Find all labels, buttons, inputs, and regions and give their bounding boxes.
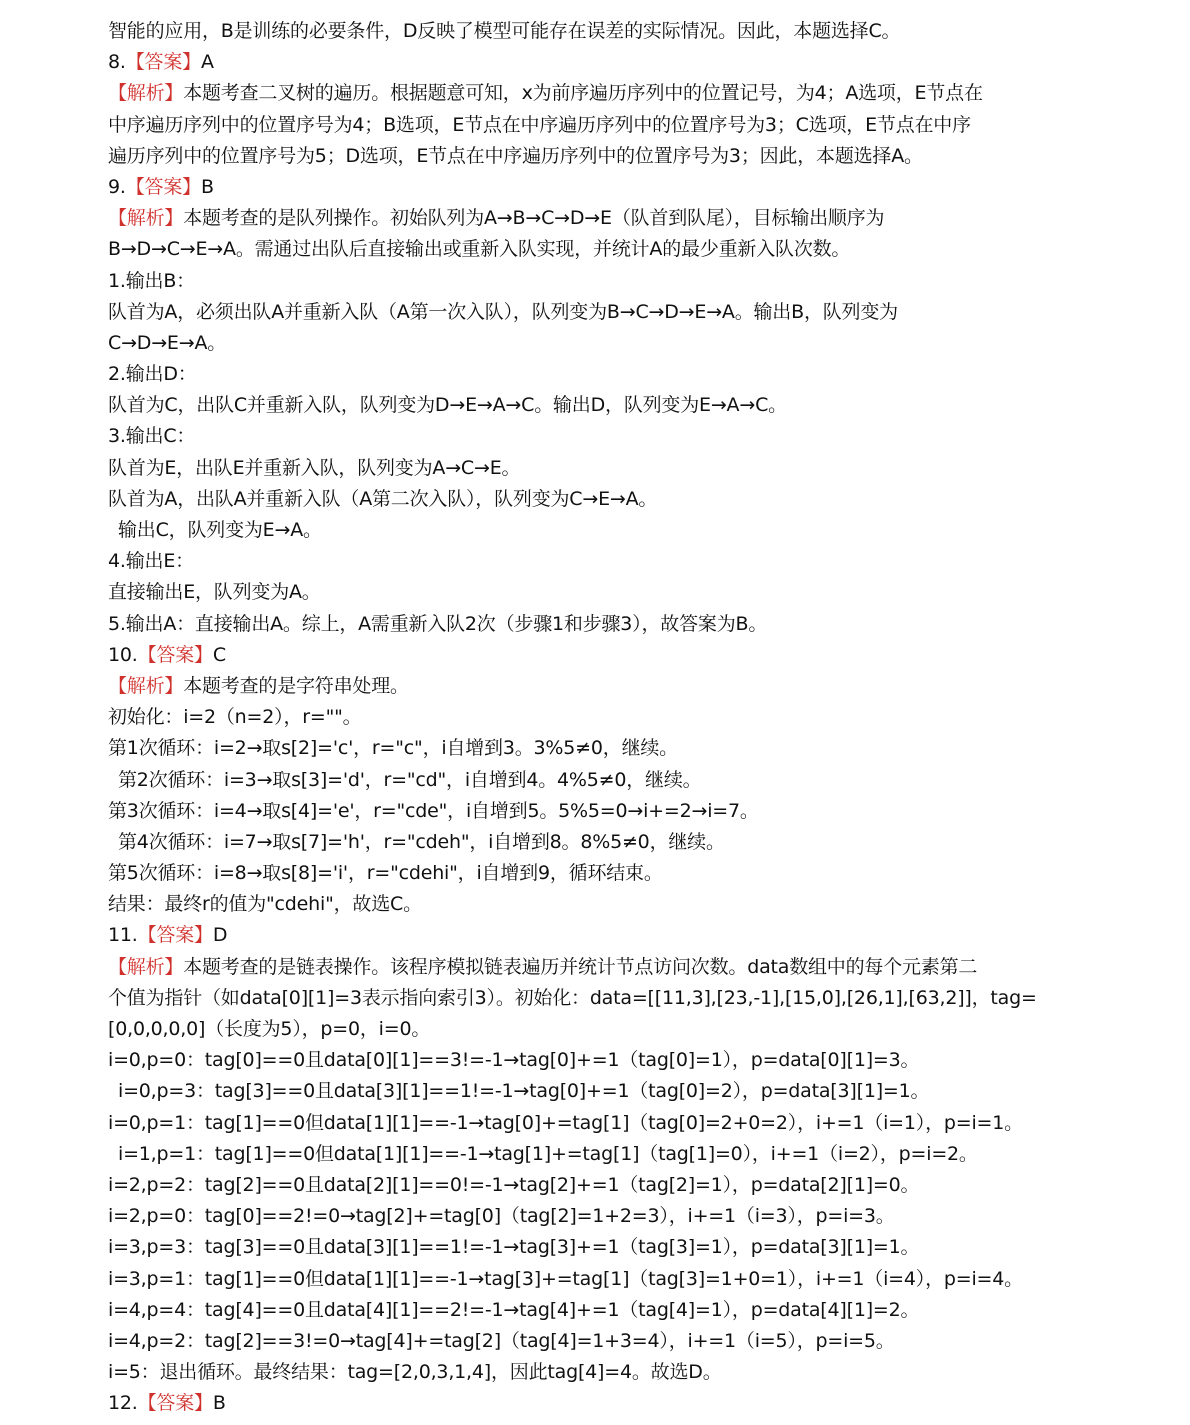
analysis-line: 【解析】本题考查的是字符串处理。 bbox=[108, 671, 1108, 702]
text-line: 第1次循环：i=2→取s[2]='c'，r="c"，i自增到3。3%5≠0，继续… bbox=[108, 733, 1108, 764]
question-number: 8. bbox=[108, 51, 126, 73]
line-text: 直接输出E，队列变为A。 bbox=[108, 581, 321, 603]
answer-value: C bbox=[213, 644, 226, 666]
text-line: 遍历序列中的位置序号为5；D选项，E节点在中序遍历序列中的位置序号为3；因此，本… bbox=[108, 141, 1108, 172]
line-text: 队首为E，出队E并重新入队，队列变为A→C→E。 bbox=[108, 457, 520, 479]
text-line: 直接输出E，队列变为A。 bbox=[108, 577, 1108, 608]
text-line: 3.输出C： bbox=[108, 421, 1108, 452]
text-line: i=0,p=1：tag[1]==0但data[1][1]==-1→tag[0]+… bbox=[108, 1108, 1108, 1139]
line-text: B→D→C→E→A。需通过出队后直接输出或重新入队实现，并统计A的最少重新入队次… bbox=[108, 238, 850, 260]
line-text: 智能的应用，B是训练的必要条件，D反映了模型可能存在误差的实际情况。因此，本题选… bbox=[108, 20, 900, 42]
text-line: i=0,p=3：tag[3]==0且data[3][1]==1!=-1→tag[… bbox=[108, 1076, 1108, 1107]
text-line: 第4次循环：i=7→取s[7]='h'，r="cdeh"，i自增到8。8%5≠0… bbox=[108, 827, 1108, 858]
line-text: 中序遍历序列中的位置序号为4；B选项，E节点在中序遍历序列中的位置序号为3；C选… bbox=[108, 114, 971, 136]
text-line: 初始化：i=2（n=2），r=""。 bbox=[108, 702, 1108, 733]
line-text: 第5次循环：i=8→取s[8]='i'，r="cdehi"，i自增到9，循环结束… bbox=[108, 862, 663, 884]
analysis-text: 本题考查的是链表操作。该程序模拟链表遍历并统计节点访问次数。data数组中的每个… bbox=[183, 956, 977, 978]
line-text: 1.输出B： bbox=[108, 270, 195, 292]
line-text: 遍历序列中的位置序号为5；D选项，E节点在中序遍历序列中的位置序号为3；因此，本… bbox=[108, 145, 923, 167]
line-text: 队首为A，出队A并重新入队（A第二次入队），队列变为C→E→A。 bbox=[108, 488, 657, 510]
answer-value: D bbox=[213, 924, 227, 946]
question-number: 12. bbox=[108, 1392, 138, 1414]
text-line: 第3次循环：i=4→取s[4]='e'，r="cde"，i自增到5。5%5=0→… bbox=[108, 796, 1108, 827]
line-text: i=1,p=1：tag[1]==0但data[1][1]==-1→tag[1]+… bbox=[118, 1143, 978, 1165]
analysis-label: 【解析】 bbox=[108, 675, 183, 697]
answer-label: 【答案】 bbox=[138, 924, 213, 946]
text-line: 输出C，队列变为E→A。 bbox=[108, 515, 1108, 546]
answer-value: A bbox=[201, 51, 214, 73]
answer-line: 8.【答案】A bbox=[108, 47, 1108, 78]
line-text: 结果：最终r的值为"cdehi"，故选C。 bbox=[108, 893, 422, 915]
answer-value: B bbox=[213, 1392, 226, 1414]
text-line: 队首为E，出队E并重新入队，队列变为A→C→E。 bbox=[108, 453, 1108, 484]
answer-value: B bbox=[201, 176, 214, 198]
line-text: i=2,p=0：tag[0]==2!=0→tag[2]+=tag[0]（tag[… bbox=[108, 1205, 895, 1227]
question-number: 11. bbox=[108, 924, 138, 946]
line-text: i=4,p=4：tag[4]==0且data[4][1]==2!=-1→tag[… bbox=[108, 1299, 919, 1321]
analysis-text: 本题考查的是队列操作。初始队列为A→B→C→D→E（队首到队尾），目标输出顺序为 bbox=[183, 207, 884, 229]
text-line: 5.输出A：直接输出A。综上，A需重新入队2次（步骤1和步骤3），故答案为B。 bbox=[108, 609, 1108, 640]
line-text: i=0,p=1：tag[1]==0但data[1][1]==-1→tag[0]+… bbox=[108, 1112, 1023, 1134]
answer-line: 12.【答案】B bbox=[108, 1388, 1108, 1419]
text-line: C→D→E→A。 bbox=[108, 328, 1108, 359]
text-line: 智能的应用，B是训练的必要条件，D反映了模型可能存在误差的实际情况。因此，本题选… bbox=[108, 16, 1108, 47]
line-text: [0,0,0,0,0]（长度为5），p=0，i=0。 bbox=[108, 1018, 430, 1040]
answer-line: 9.【答案】B bbox=[108, 172, 1108, 203]
text-line: 第2次循环：i=3→取s[3]='d'，r="cd"，i自增到4。4%5≠0，继… bbox=[108, 765, 1108, 796]
text-line: 队首为A，必须出队A并重新入队（A第一次入队），队列变为B→C→D→E→A。输出… bbox=[108, 297, 1108, 328]
question-number: 10. bbox=[108, 644, 138, 666]
analysis-line: 【解析】本题考查的是队列操作。初始队列为A→B→C→D→E（队首到队尾），目标输… bbox=[108, 203, 1108, 234]
line-text: 第4次循环：i=7→取s[7]='h'，r="cdeh"，i自增到8。8%5≠0… bbox=[118, 831, 725, 853]
text-line: [0,0,0,0,0]（长度为5），p=0，i=0。 bbox=[108, 1014, 1108, 1045]
text-line: i=5：退出循环。最终结果：tag=[2,0,3,1,4]，因此tag[4]=4… bbox=[108, 1357, 1108, 1388]
text-line: i=3,p=3：tag[3]==0且data[3][1]==1!=-1→tag[… bbox=[108, 1232, 1108, 1263]
text-line: i=0,p=0：tag[0]==0且data[0][1]==3!=-1→tag[… bbox=[108, 1045, 1108, 1076]
text-line: 2.输出D： bbox=[108, 359, 1108, 390]
analysis-label: 【解析】 bbox=[108, 207, 183, 229]
analysis-line: 【解析】本题考查的是链表操作。该程序模拟链表遍历并统计节点访问次数。data数组… bbox=[108, 952, 1108, 983]
answer-label: 【答案】 bbox=[126, 51, 201, 73]
answer-explanation-document: 智能的应用，B是训练的必要条件，D反映了模型可能存在误差的实际情况。因此，本题选… bbox=[108, 16, 1108, 1419]
line-text: 第1次循环：i=2→取s[2]='c'，r="c"，i自增到3。3%5≠0，继续… bbox=[108, 737, 678, 759]
line-text: 5.输出A：直接输出A。综上，A需重新入队2次（步骤1和步骤3），故答案为B。 bbox=[108, 613, 767, 635]
text-line: i=2,p=2：tag[2]==0且data[2][1]==0!=-1→tag[… bbox=[108, 1170, 1108, 1201]
line-text: 队首为C，出队C并重新入队，队列变为D→E→A→C。输出D，队列变为E→A→C。 bbox=[108, 394, 787, 416]
answer-line: 10.【答案】C bbox=[108, 640, 1108, 671]
text-line: 中序遍历序列中的位置序号为4；B选项，E节点在中序遍历序列中的位置序号为3；C选… bbox=[108, 110, 1108, 141]
line-text: i=4,p=2：tag[2]==3!=0→tag[4]+=tag[2]（tag[… bbox=[108, 1330, 895, 1352]
text-line: 1.输出B： bbox=[108, 266, 1108, 297]
text-line: 个值为指针（如data[0][1]=3表示指向索引3）。初始化：data=[[1… bbox=[108, 983, 1108, 1014]
line-text: i=3,p=1：tag[1]==0但data[1][1]==-1→tag[3]+… bbox=[108, 1268, 1023, 1290]
line-text: i=0,p=0：tag[0]==0且data[0][1]==3!=-1→tag[… bbox=[108, 1049, 919, 1071]
text-line: 队首为A，出队A并重新入队（A第二次入队），队列变为C→E→A。 bbox=[108, 484, 1108, 515]
answer-label: 【答案】 bbox=[126, 176, 201, 198]
question-number: 9. bbox=[108, 176, 126, 198]
line-text: i=0,p=3：tag[3]==0且data[3][1]==1!=-1→tag[… bbox=[118, 1080, 929, 1102]
answer-line: 11.【答案】D bbox=[108, 920, 1108, 951]
line-text: C→D→E→A。 bbox=[108, 332, 226, 354]
analysis-text: 本题考查二叉树的遍历。根据题意可知，x为前序遍历序列中的位置记号，为4；A选项，… bbox=[183, 82, 983, 104]
text-line: i=2,p=0：tag[0]==2!=0→tag[2]+=tag[0]（tag[… bbox=[108, 1201, 1108, 1232]
line-text: i=3,p=3：tag[3]==0且data[3][1]==1!=-1→tag[… bbox=[108, 1236, 919, 1258]
analysis-line: 【解析】本题考查二叉树的遍历。根据题意可知，x为前序遍历序列中的位置记号，为4；… bbox=[108, 78, 1108, 109]
answer-label: 【答案】 bbox=[138, 644, 213, 666]
line-text: i=5：退出循环。最终结果：tag=[2,0,3,1,4]，因此tag[4]=4… bbox=[108, 1361, 722, 1383]
analysis-label: 【解析】 bbox=[108, 82, 183, 104]
line-text: 初始化：i=2（n=2），r=""。 bbox=[108, 706, 361, 728]
text-line: i=1,p=1：tag[1]==0但data[1][1]==-1→tag[1]+… bbox=[108, 1139, 1108, 1170]
text-line: 第5次循环：i=8→取s[8]='i'，r="cdehi"，i自增到9，循环结束… bbox=[108, 858, 1108, 889]
line-text: 个值为指针（如data[0][1]=3表示指向索引3）。初始化：data=[[1… bbox=[108, 987, 1037, 1009]
line-text: 第3次循环：i=4→取s[4]='e'，r="cde"，i自增到5。5%5=0→… bbox=[108, 800, 759, 822]
line-text: 输出C，队列变为E→A。 bbox=[118, 519, 322, 541]
line-text: 第2次循环：i=3→取s[3]='d'，r="cd"，i自增到4。4%5≠0，继… bbox=[118, 769, 701, 791]
text-line: 4.输出E： bbox=[108, 546, 1108, 577]
line-text: i=2,p=2：tag[2]==0且data[2][1]==0!=-1→tag[… bbox=[108, 1174, 919, 1196]
line-text: 3.输出C： bbox=[108, 425, 195, 447]
line-text: 队首为A，必须出队A并重新入队（A第一次入队），队列变为B→C→D→E→A。输出… bbox=[108, 301, 898, 323]
text-line: B→D→C→E→A。需通过出队后直接输出或重新入队实现，并统计A的最少重新入队次… bbox=[108, 234, 1108, 265]
text-line: 结果：最终r的值为"cdehi"，故选C。 bbox=[108, 889, 1108, 920]
text-line: i=4,p=4：tag[4]==0且data[4][1]==2!=-1→tag[… bbox=[108, 1295, 1108, 1326]
line-text: 4.输出E： bbox=[108, 550, 194, 572]
text-line: 队首为C，出队C并重新入队，队列变为D→E→A→C。输出D，队列变为E→A→C。 bbox=[108, 390, 1108, 421]
text-line: i=4,p=2：tag[2]==3!=0→tag[4]+=tag[2]（tag[… bbox=[108, 1326, 1108, 1357]
analysis-label: 【解析】 bbox=[108, 956, 183, 978]
text-line: i=3,p=1：tag[1]==0但data[1][1]==-1→tag[3]+… bbox=[108, 1264, 1108, 1295]
line-text: 2.输出D： bbox=[108, 363, 197, 385]
analysis-text: 本题考查的是字符串处理。 bbox=[183, 675, 409, 697]
answer-label: 【答案】 bbox=[138, 1392, 213, 1414]
